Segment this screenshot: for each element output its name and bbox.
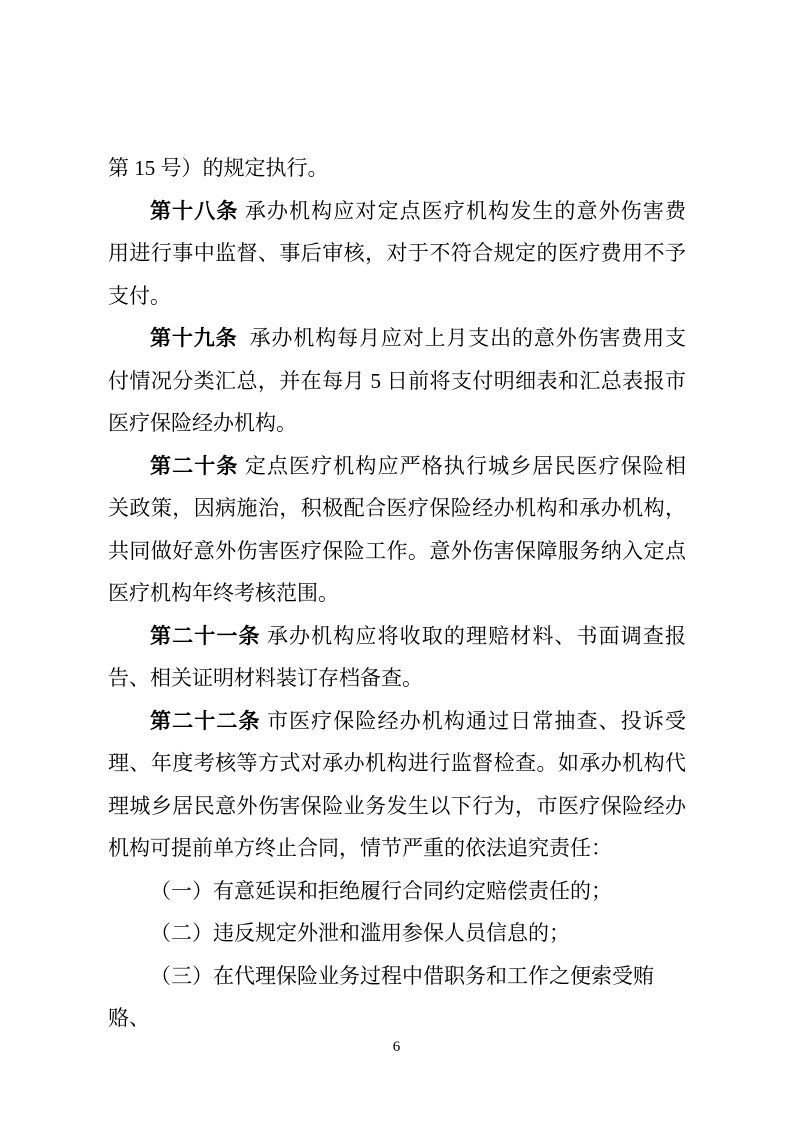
text-line: 第二十二条 市医疗保险经办机构通过日常抽查、投诉受 xyxy=(108,700,686,743)
text-line: 第十九条 承办机构每月应对上月支出的意外伤害费用支 xyxy=(108,317,686,360)
article-heading: 第二十一条 xyxy=(150,624,261,648)
document-page: 第 15 号）的规定执行。第十八条 承办机构应对定点医疗机构发生的意外伤害费用进… xyxy=(0,0,793,1122)
page-footer: 6 xyxy=(0,1037,793,1057)
article-heading: 第二十条 xyxy=(150,454,238,478)
text-line: 告、相关证明材料装订存档备查。 xyxy=(108,657,686,700)
page-number: 6 xyxy=(393,1039,401,1055)
text-line: 第二十一条 承办机构应将收取的理赔材料、书面调查报 xyxy=(108,615,686,658)
text-line: 理城乡居民意外伤害保险业务发生以下行为，市医疗保险经办 xyxy=(108,785,686,828)
text-block: 第 15 号）的规定执行。第十八条 承办机构应对定点医疗机构发生的意外伤害费用进… xyxy=(108,147,686,1040)
text-line: （一）有意延误和拒绝履行合同约定赔偿责任的； xyxy=(108,870,686,913)
text-line: 机构可提前单方终止合同，情节严重的依法追究责任： xyxy=(108,827,686,870)
text-line: 关政策，因病施治，积极配合医疗保险经办机构和承办机构， xyxy=(108,487,686,530)
text-line: 第 15 号）的规定执行。 xyxy=(108,147,686,190)
text-line: 第十八条 承办机构应对定点医疗机构发生的意外伤害费 xyxy=(108,190,686,233)
text-line: （三）在代理保险业务过程中借职务和工作之便索受贿赂、 xyxy=(108,955,686,1040)
article-heading: 第十八条 xyxy=(150,199,238,223)
text-line: 用进行事中监督、事后审核，对于不符合规定的医疗费用不予 xyxy=(108,232,686,275)
text-line: 第二十条 定点医疗机构应严格执行城乡居民医疗保险相 xyxy=(108,445,686,488)
text-line: 医疗保险经办机构。 xyxy=(108,402,686,445)
text-line: 理、年度考核等方式对承办机构进行监督检查。如承办机构代 xyxy=(108,742,686,785)
text-line: （二）违反规定外泄和滥用参保人员信息的； xyxy=(108,912,686,955)
text-line: 医疗机构年终考核范围。 xyxy=(108,572,686,615)
text-line: 付情况分类汇总，并在每月 5 日前将支付明细表和汇总表报市 xyxy=(108,360,686,403)
text-line: 共同做好意外伤害医疗保险工作。意外伤害保障服务纳入定点 xyxy=(108,530,686,573)
article-heading: 第十九条 xyxy=(150,326,237,350)
article-heading: 第二十二条 xyxy=(150,709,261,733)
text-line: 支付。 xyxy=(108,275,686,318)
